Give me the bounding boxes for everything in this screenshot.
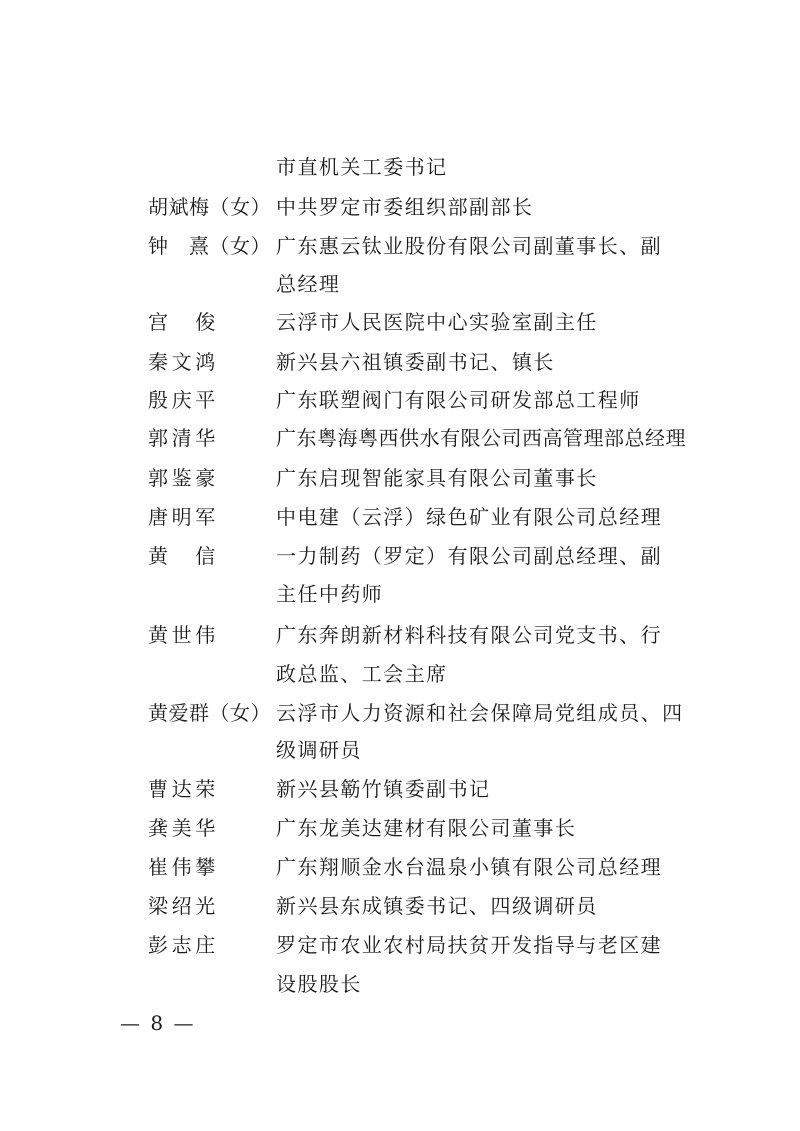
member-name: 秦文鸿 <box>148 343 219 382</box>
position-text: 广东联塑阀门有限公司研发部总工程师 <box>276 381 641 420</box>
position-text: 新兴县东成镇委书记、四级调研员 <box>276 887 598 926</box>
member-name: 宫 俊 <box>148 303 219 342</box>
member-name: 唐明军 <box>148 498 219 537</box>
position-text: 广东惠云钛业股份有限公司副董事长、副 <box>276 227 662 266</box>
position-text: 新兴县六祖镇委副书记、镇长 <box>276 343 555 382</box>
member-name: 钟 熹（女） <box>148 227 271 266</box>
position-text: 政总监、工会主席 <box>276 655 448 694</box>
member-name: 殷庆平 <box>148 381 219 420</box>
member-name: 黄 信 <box>148 537 219 576</box>
member-name: 黄世伟 <box>148 616 219 655</box>
member-name: 胡斌梅（女） <box>148 188 271 227</box>
position-text: 中电建（云浮）绿色矿业有限公司总经理 <box>276 498 662 537</box>
position-text: 设股股长 <box>276 965 362 1004</box>
position-text: 云浮市人力资源和社会保障局党组成员、四 <box>276 694 684 733</box>
position-text: 云浮市人民医院中心实验室副主任 <box>276 303 598 342</box>
position-text: 中共罗定市委组织部副部长 <box>276 188 533 227</box>
position-text: 罗定市农业农村局扶贫开发指导与老区建 <box>276 926 662 965</box>
member-name: 龚美华 <box>148 809 219 848</box>
document-page: 市直机关工委书记 胡斌梅（女） 中共罗定市委组织部副部长 钟 熹（女） 广东惠云… <box>0 0 800 1131</box>
member-name: 彭志庄 <box>148 926 219 965</box>
position-text: 市直机关工委书记 <box>276 148 448 187</box>
member-name: 郭清华 <box>148 419 219 458</box>
position-text: 广东翔顺金水台温泉小镇有限公司总经理 <box>276 848 662 887</box>
position-text: 新兴县簕竹镇委副书记 <box>276 770 491 809</box>
position-text: 主任中药师 <box>276 575 383 614</box>
position-text: 广东奔朗新材料科技有限公司党支书、行 <box>276 616 662 655</box>
member-name: 曹达荣 <box>148 770 219 809</box>
position-text: 广东龙美达建材有限公司董事长 <box>276 809 576 848</box>
member-name: 郭鉴豪 <box>148 459 219 498</box>
position-text: 广东启现智能家具有限公司董事长 <box>276 459 598 498</box>
position-text: 级调研员 <box>276 731 362 770</box>
member-name: 黄爱群（女） <box>148 694 271 733</box>
position-text: 广东粤海粤西供水有限公司西高管理部总经理 <box>276 419 686 458</box>
page-number: — 8 — <box>120 1008 195 1038</box>
position-text: 一力制药（罗定）有限公司副总经理、副 <box>276 537 662 576</box>
position-text: 总经理 <box>276 265 340 304</box>
member-name: 崔伟攀 <box>148 848 219 887</box>
member-name: 梁绍光 <box>148 887 219 926</box>
